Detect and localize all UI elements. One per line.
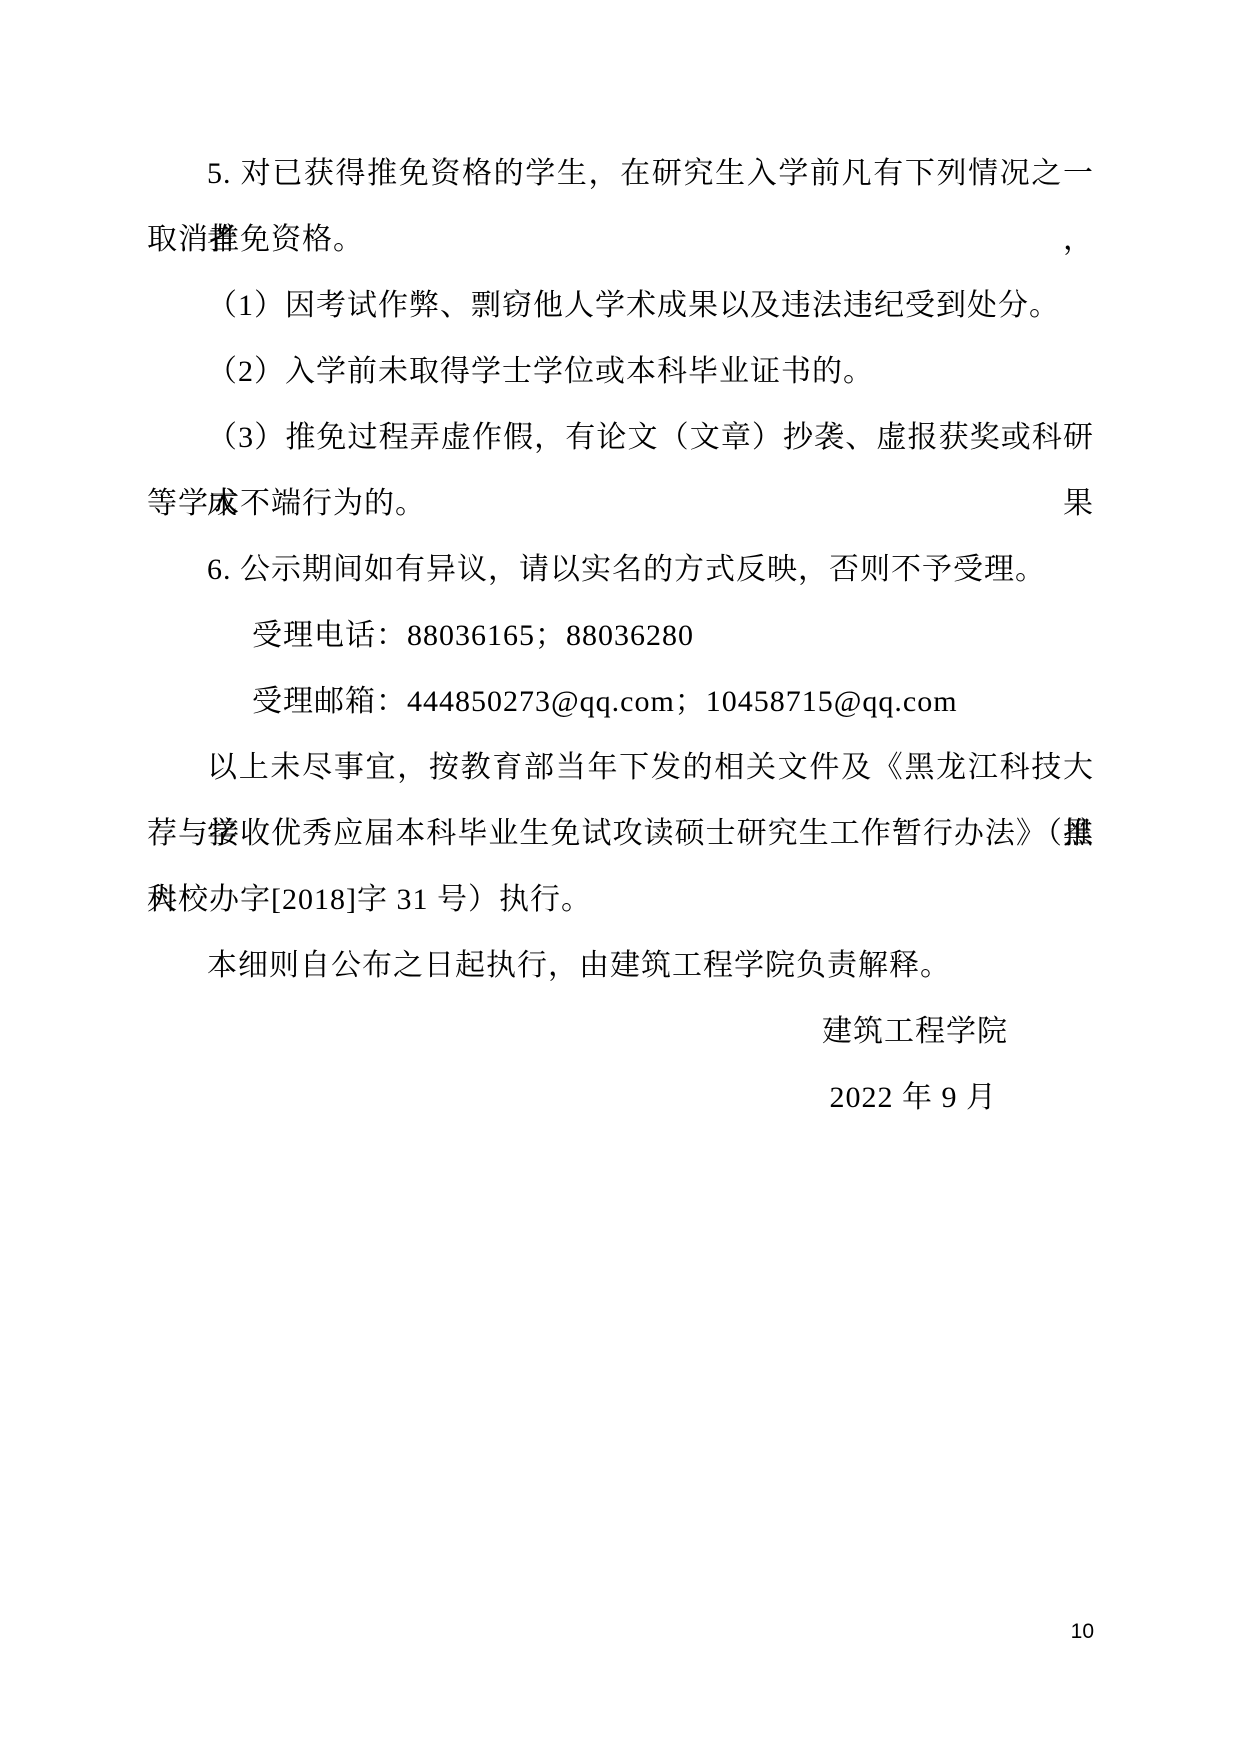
page-number: 10: [1071, 1618, 1094, 1646]
document-body: 5. 对已获得推免资格的学生，在研究生入学前凡有下列情况之一者， 取消推免资格。…: [147, 141, 1094, 1131]
contact-phone-line: 受理电话：88036165；88036280: [147, 603, 1094, 669]
document-page: 5. 对已获得推免资格的学生，在研究生入学前凡有下列情况之一者， 取消推免资格。…: [0, 0, 1241, 1754]
signature-org-line: 建筑工程学院: [147, 999, 1094, 1065]
item-5-subclause-3-line-1: （3）推免过程弄虚作假，有论文（文章）抄袭、虚报获奖或科研成果: [147, 405, 1094, 471]
signature-date-line: 2022 年 9 月: [147, 1065, 1094, 1131]
closing-paragraph-line-2: 荐与接收优秀应届本科毕业生免试攻读硕士研究生工作暂行办法》（黑科: [147, 801, 1094, 867]
effective-clause-line: 本细则自公布之日起执行，由建筑工程学院负责解释。: [147, 933, 1094, 999]
item-5-subclause-1: （1）因考试作弊、剽窃他人学术成果以及违法违纪受到处分。: [147, 273, 1094, 339]
closing-paragraph-line-1: 以上未尽事宜，按教育部当年下发的相关文件及《黑龙江科技大学推: [147, 735, 1094, 801]
contact-email-line: 受理邮箱：444850273@qq.com；10458715@qq.com: [147, 669, 1094, 735]
item-5-line-1: 5. 对已获得推免资格的学生，在研究生入学前凡有下列情况之一者，: [147, 141, 1094, 207]
item-6-line: 6. 公示期间如有异议，请以实名的方式反映，否则不予受理。: [147, 537, 1094, 603]
closing-paragraph-line-3: 大校办字[2018]字 31 号）执行。: [147, 867, 1094, 933]
item-5-subclause-2: （2）入学前未取得学士学位或本科毕业证书的。: [147, 339, 1094, 405]
